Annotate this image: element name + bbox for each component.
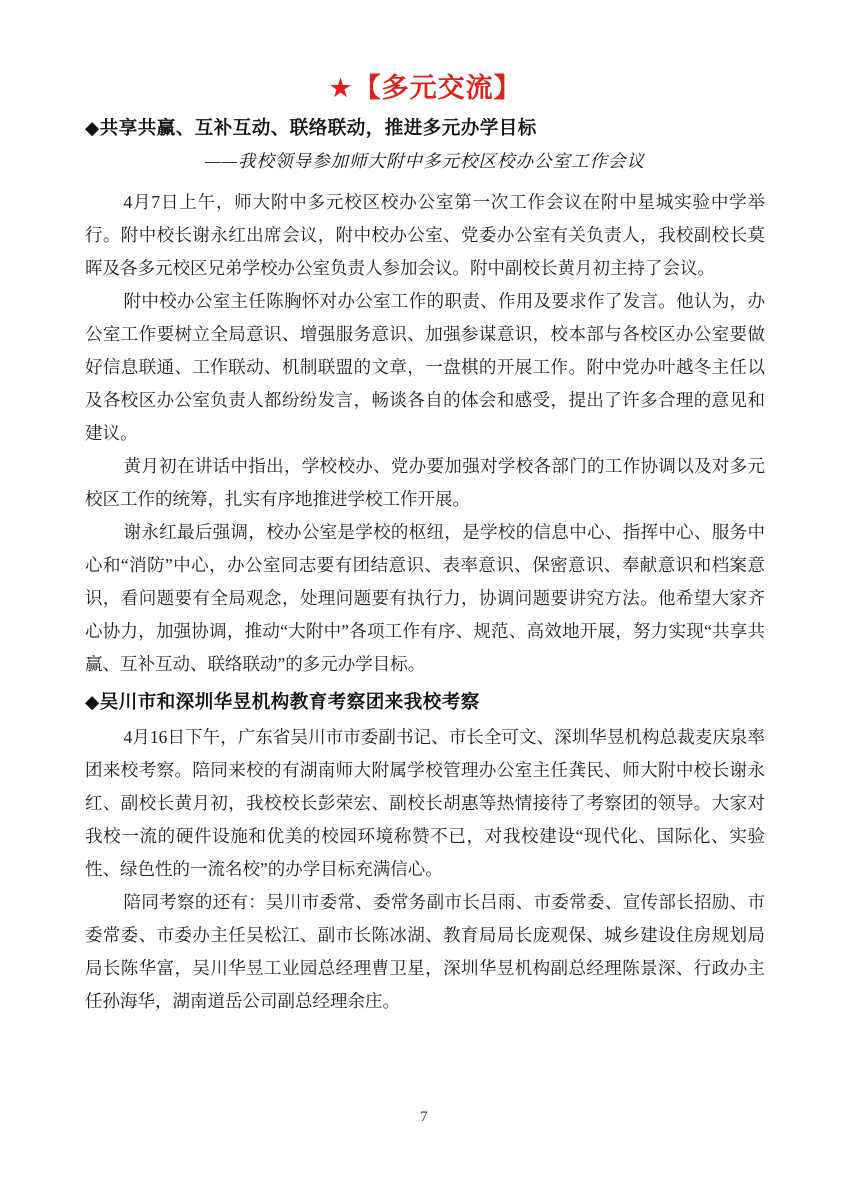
page-number: 7	[0, 1109, 848, 1126]
document-page: ★【多元交流】 ◆共享共赢、互补互动、联络联动，推进多元办学目标 ——我校领导参…	[0, 0, 848, 1200]
newsletter-title: ★【多元交流】	[85, 70, 765, 106]
paragraph: 谢永红最后强调，校办公室是学校的枢纽，是学校的信息中心、指挥中心、服务中心和“消…	[85, 516, 765, 681]
section-multi-campus-meeting: ◆共享共赢、互补互动、联络联动，推进多元办学目标 ——我校领导参加师大附中多元校…	[85, 114, 765, 681]
paragraph: 附中校办公室主任陈胸怀对办公室工作的职责、作用及要求作了发言。他认为，办公室工作…	[85, 285, 765, 450]
section-1-heading: ◆共享共赢、互补互动、联络联动，推进多元办学目标	[85, 114, 765, 141]
section-2-heading: ◆吴川市和深圳华昱机构教育考察团来我校考察	[85, 688, 765, 715]
section-1-subtitle: ——我校领导参加师大附中多元校区校办公室工作会议	[85, 147, 765, 176]
section-visit-inspection: ◆吴川市和深圳华昱机构教育考察团来我校考察 4月16日下午，广东省吴川市市委副书…	[85, 688, 765, 1018]
paragraph: 4月7日上午，师大附中多元校区校办公室第一次工作会议在附中星城实验中学举行。附中…	[85, 186, 765, 285]
paragraph: 陪同考察的还有：吴川市委常、委常务副市长吕雨、市委常委、宣传部长招励、市委常委、…	[85, 886, 765, 1018]
paragraph: 黄月初在讲话中指出，学校校办、党办要加强对学校各部门的工作协调以及对多元校区工作…	[85, 450, 765, 516]
paragraph: 4月16日下午，广东省吴川市市委副书记、市长全可文、深圳华昱机构总裁麦庆泉率团来…	[85, 721, 765, 886]
